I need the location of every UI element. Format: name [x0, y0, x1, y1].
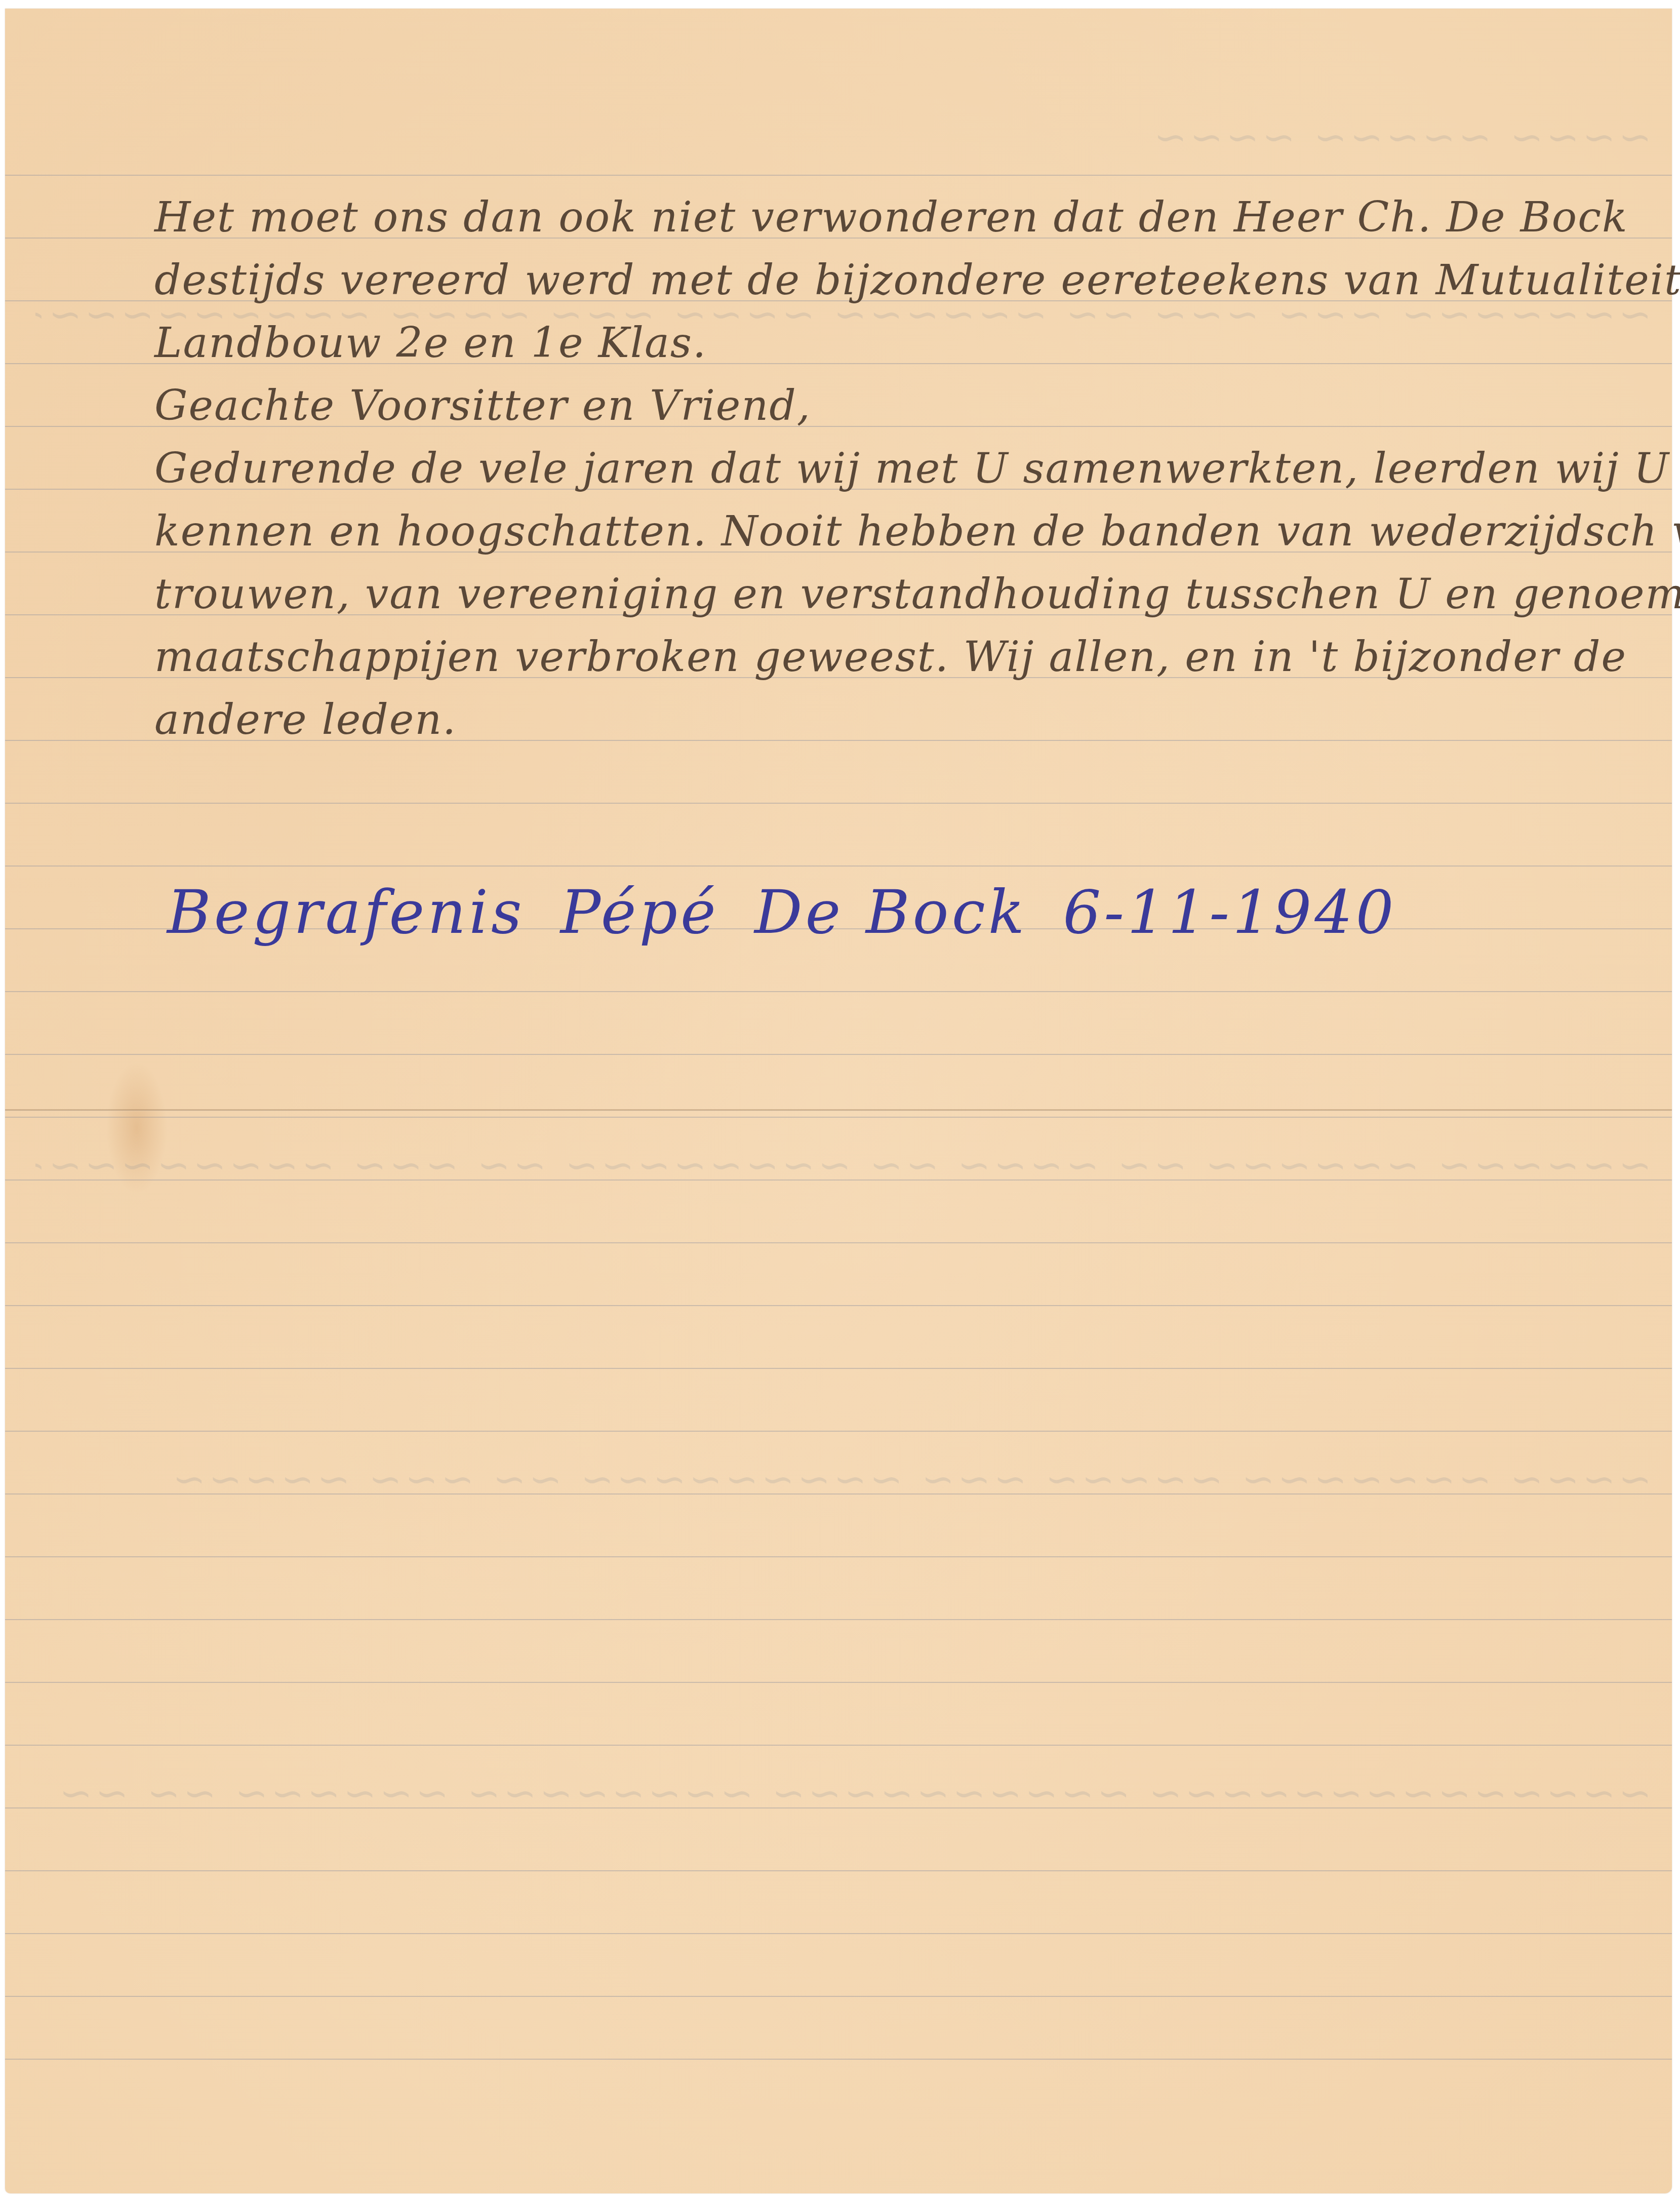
annotation-word: Begrafenis — [167, 877, 525, 947]
letter-page: ~~~~ ~~~~~ ~~~~ ~~~~~~~ ~~~ ~~~ ~~ ~~~~~… — [5, 9, 1672, 2193]
letter-line: andere leden. — [154, 699, 457, 741]
letter-salutation: Geachte Voorsitter en Vriend, — [154, 385, 811, 427]
letter-line: Het moet ons dan ook niet verwonderen da… — [154, 197, 1628, 239]
letter-line: kennen en hoogschatten. Nooit hebben de … — [154, 511, 1680, 553]
blue-ink-annotation: BegrafenisPépéDe Bock6-11-1940 — [167, 882, 1432, 942]
letter-line: Gedurende de vele jaren dat wij met U sa… — [154, 448, 1670, 490]
letter-body: Het moet ons dan ook niet verwonderen da… — [5, 9, 1672, 2193]
annotation-surname: De Bock — [754, 877, 1027, 947]
letter-line: Landbouw 2e en 1e Klas. — [154, 323, 707, 364]
annotation-name: Pépé — [561, 877, 719, 947]
letter-line: trouwen, van vereeniging en verstandhoud… — [154, 574, 1680, 615]
letter-line: destijds vereerd werd met de bijzondere … — [154, 260, 1680, 301]
letter-line: maatschappijen verbroken geweest. Wij al… — [154, 637, 1627, 678]
annotation-date: 6-11-1940 — [1063, 877, 1396, 947]
